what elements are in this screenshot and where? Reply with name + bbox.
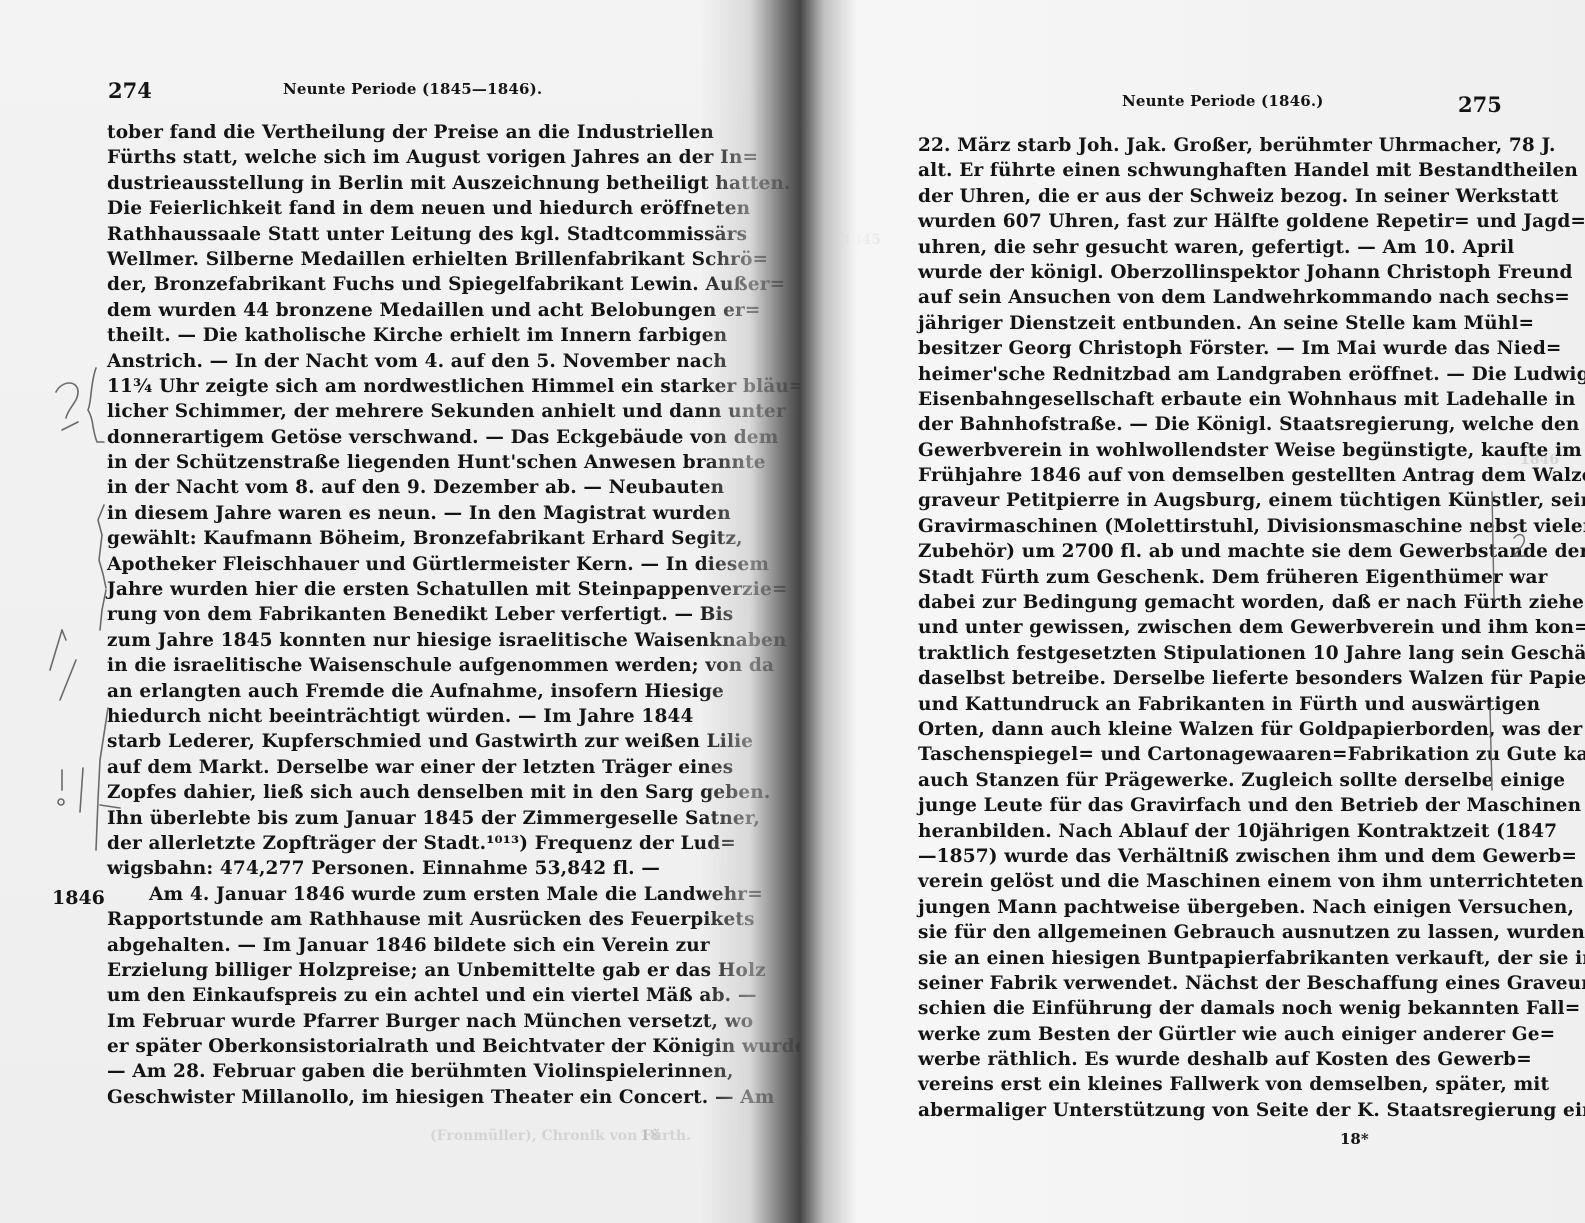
right-running-head: Neunte Periode (1846.) — [1122, 92, 1324, 110]
text-line: rung von dem Fabrikanten Benedikt Leber … — [107, 602, 677, 627]
text-line: traktlich festgesetzten Stipulationen 10… — [918, 641, 1488, 666]
text-line: Apotheker Fleischhauer und Gürtlermeiste… — [107, 552, 677, 577]
text-line: — Am 28. Februar gaben die berühmten Vio… — [107, 1059, 677, 1084]
text-line: um den Einkaufspreis zu ein achtel und e… — [107, 983, 677, 1008]
text-line: heranbilden. Nach Ablauf der 10jährigen … — [918, 819, 1488, 844]
text-line: abgehalten. — Im Januar 1846 bildete sic… — [107, 933, 677, 958]
text-line: wurde der königl. Oberzollinspektor Joha… — [918, 260, 1488, 285]
text-line: Eisenbahngesellschaft erbaute ein Wohnha… — [918, 387, 1488, 412]
text-line: Ihn überlebte bis zum Januar 1845 der Zi… — [107, 806, 677, 831]
text-line: alt. Er führte einen schwunghaften Hande… — [918, 158, 1488, 183]
text-line: dem wurden 44 bronzene Medaillen und ach… — [107, 298, 677, 323]
text-line: vereins erst ein kleines Fallwerk von de… — [918, 1072, 1488, 1097]
text-line: Die Feierlichkeit fand in dem neuen und … — [107, 196, 677, 221]
text-line: starb Lederer, Kupferschmied und Gastwir… — [107, 729, 677, 754]
text-line: junge Leute für das Gravirfach und den B… — [918, 793, 1488, 818]
right-page: Neunte Periode (1846.) 275 1845 1846 22.… — [800, 0, 1585, 1223]
text-line: werke zum Besten der Gürtler wie auch ei… — [918, 1022, 1488, 1047]
text-line: gewählt: Kaufmann Böheim, Bronzefabrikan… — [107, 526, 677, 551]
text-line: dustrieausstellung in Berlin mit Auszeic… — [107, 171, 677, 196]
text-line: Am 4. Januar 1846 wurde zum ersten Male … — [107, 882, 677, 907]
text-line: tober fand die Vertheilung der Preise an… — [107, 120, 677, 145]
text-line: jungen Mann pachtweise übergeben. Nach e… — [918, 895, 1488, 920]
text-line: 22. März starb Joh. Jak. Großer, berühmt… — [918, 133, 1488, 158]
text-line: Wellmer. Silberne Medaillen erhielten Br… — [107, 247, 677, 272]
text-line: 11¾ Uhr zeigte sich am nordwestlichen Hi… — [107, 374, 677, 399]
book-spread: 274 Neunte Periode (1845—1846). (Fronmül… — [0, 0, 1585, 1223]
text-line: in die israelitische Waisenschule aufgen… — [107, 653, 677, 678]
text-line: Rathhaussaale Statt unter Leitung des kg… — [107, 222, 677, 247]
text-line: auf dem Markt. Derselbe war einer der le… — [107, 755, 677, 780]
text-line: Taschenspiegel= und Cartonagewaaren=Fabr… — [918, 742, 1488, 767]
text-line: verein gelöst und die Maschinen einem vo… — [918, 869, 1488, 894]
text-line: und Kattundruck an Fabrikanten in Fürth … — [918, 692, 1488, 717]
text-line: Anstrich. — In der Nacht vom 4. auf den … — [107, 349, 677, 374]
text-line: zum Jahre 1845 konnten nur hiesige israe… — [107, 628, 677, 653]
text-line: der Bahnhofstraße. — Die Königl. Staatsr… — [918, 412, 1488, 437]
text-line: seiner Fabrik verwendet. Nächst der Besc… — [918, 971, 1488, 996]
text-line: der allerletzte Zopfträger der Stadt.¹⁰¹… — [107, 831, 677, 856]
text-line: wigsbahn: 474,277 Personen. Einnahme 53,… — [107, 856, 677, 881]
text-line: donnerartigem Getöse verschwand. — Das E… — [107, 425, 677, 450]
text-line: Gewerbverein in wohlwollendster Weise be… — [918, 438, 1488, 463]
left-bleed-through-number: 18 — [640, 1128, 659, 1144]
text-line: Frühjahre 1846 auf von demselben gestell… — [918, 463, 1488, 488]
text-line: Geschwister Millanollo, im hiesigen Thea… — [107, 1085, 677, 1110]
text-line: Rapportstunde am Rathhause mit Ausrücken… — [107, 907, 677, 932]
text-line: schien die Einführung der damals noch we… — [918, 996, 1488, 1021]
text-line: graveur Petitpierre in Augsburg, einem t… — [918, 488, 1488, 513]
text-line: wurden 607 Uhren, fast zur Hälfte golden… — [918, 209, 1488, 234]
text-line: theilt. — Die katholische Kirche erhielt… — [107, 323, 677, 348]
text-line: werbe räthlich. Es wurde deshalb auf Kos… — [918, 1047, 1488, 1072]
text-line: daselbst betreibe. Derselbe lieferte bes… — [918, 666, 1488, 691]
text-line: Erzielung billiger Holzpreise; an Unbemi… — [107, 958, 677, 983]
text-line: der Uhren, die er aus der Schweiz bezog.… — [918, 184, 1488, 209]
text-line: Jahre wurden hier die ersten Schatullen … — [107, 577, 677, 602]
text-line: er später Oberkonsistorialrath und Beich… — [107, 1034, 677, 1059]
text-line: Fürths statt, welche sich im August vori… — [107, 145, 677, 170]
text-line: Stadt Fürth zum Geschenk. Dem früheren E… — [918, 565, 1488, 590]
text-line: in der Nacht vom 8. auf den 9. Dezember … — [107, 475, 677, 500]
text-line: und unter gewissen, zwischen dem Gewerbv… — [918, 615, 1488, 640]
text-line: an erlangten auch Fremde die Aufnahme, i… — [107, 679, 677, 704]
text-line: hiedurch nicht beeinträchtigt würden. — … — [107, 704, 677, 729]
text-line: sie für den allgemeinen Gebrauch ausnutz… — [918, 920, 1488, 945]
text-line: in diesem Jahre waren es neun. — In den … — [107, 501, 677, 526]
text-line: Zubehör) um 2700 fl. ab und machte sie d… — [918, 539, 1488, 564]
right-bleed-through-year: 1845 — [842, 232, 881, 248]
text-line: auf sein Ansuchen von dem Landwehrkomman… — [918, 285, 1488, 310]
text-line: auch Stanzen für Prägewerke. Zugleich so… — [918, 768, 1488, 793]
text-line: licher Schimmer, der mehrere Sekunden an… — [107, 399, 677, 424]
text-line: dabei zur Bedingung gemacht worden, daß … — [918, 590, 1488, 615]
left-page-number: 274 — [108, 78, 152, 103]
text-line: heimer'sche Rednitzbad am Landgraben erö… — [918, 362, 1488, 387]
text-line: Im Februar wurde Pfarrer Burger nach Mün… — [107, 1009, 677, 1034]
left-page: 274 Neunte Periode (1845—1846). (Fronmül… — [0, 0, 800, 1223]
text-line: —1857) wurde das Verhältniß zwischen ihm… — [918, 844, 1488, 869]
left-body-text: tober fand die Vertheilung der Preise an… — [107, 120, 677, 1110]
text-line: Gravirmaschinen (Molettirstuhl, Division… — [918, 514, 1488, 539]
text-line: in der Schützenstraße liegenden Hunt'sch… — [107, 450, 677, 475]
text-line: besitzer Georg Christoph Förster. — Im M… — [918, 336, 1488, 361]
right-page-number: 275 — [1458, 92, 1502, 117]
text-line: sie an einen hiesigen Buntpapierfabrikan… — [918, 946, 1488, 971]
text-line: abermaliger Unterstützung von Seite der … — [918, 1098, 1488, 1123]
text-line: uhren, die sehr gesucht waren, gefertigt… — [918, 235, 1488, 260]
text-line: Zopfes dahier, ließ sich auch denselben … — [107, 780, 677, 805]
right-body-text: 22. März starb Joh. Jak. Großer, berühmt… — [918, 133, 1488, 1123]
text-line: der, Bronzefabrikant Fuchs und Spiegelfa… — [107, 272, 677, 297]
margin-year-1846: 1846 — [52, 887, 105, 909]
text-line: Orten, dann auch kleine Walzen für Goldp… — [918, 717, 1488, 742]
signature-mark: 18* — [1340, 1130, 1369, 1148]
text-line: jähriger Dienstzeit entbunden. An seine … — [918, 311, 1488, 336]
left-running-head: Neunte Periode (1845—1846). — [283, 80, 542, 98]
